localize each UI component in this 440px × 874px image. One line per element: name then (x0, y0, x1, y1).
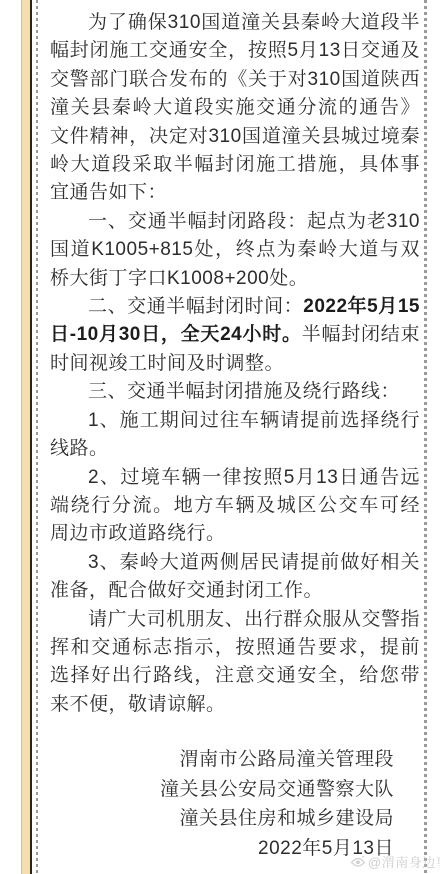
notice-paragraph: 2、过境车辆一律按照5月13日通告远端绕行分流。地方车辆及城区公交车可经周边市政… (50, 464, 420, 549)
text-run: 二、交通半幅封闭时间： (88, 296, 303, 317)
text-run: 一、交通半幅封闭路段：起点为老310国道K1005+815处，终点为秦岭大道与双… (50, 211, 420, 289)
notice-paragraph: 二、交通半幅封闭时间：2022年5月15日-10月30日，全天24小时。半幅封闭… (50, 293, 420, 378)
notice-page: 为了确保310国道潼关县秦岭大道段半幅封闭施工交通安全，按照5月13日交通及交警… (0, 0, 440, 874)
right-dashed-divider (424, 0, 427, 874)
text-run: 三、交通半幅封闭措施及绕行路线： (88, 381, 400, 402)
notice-body: 为了确保310国道潼关县秦岭大道段半幅封闭施工交通安全，按照5月13日交通及交警… (50, 9, 420, 863)
notice-paragraph: 请广大司机朋友、出行群众服从交警指挥和交通标志指示，按照通告要求，提前选择好出行… (50, 606, 420, 720)
notice-paragraphs: 为了确保310国道潼关县秦岭大道段半幅封闭施工交通安全，按照5月13日交通及交警… (50, 9, 420, 719)
text-run: 请广大司机朋友、出行群众服从交警指挥和交通标志指示，按照通告要求，提前选择好出行… (50, 609, 420, 715)
signature-line: 潼关县住房和城乡建设局 (50, 804, 394, 834)
text-run: 1、施工期间过往车辆请提前选择绕行线路。 (50, 410, 420, 459)
watermark-text: @渭南身边事 (368, 852, 440, 871)
notice-paragraph: 为了确保310国道潼关县秦岭大道段半幅封闭施工交通安全，按照5月13日交通及交警… (50, 9, 420, 208)
signature-block: 渭南市公路局潼关管理段潼关县公安局交通警察大队潼关县住房和城乡建设局2022年5… (50, 745, 420, 863)
left-accent-strip (21, 0, 32, 874)
notice-paragraph: 三、交通半幅封闭措施及绕行路线： (50, 378, 420, 406)
notice-paragraph: 一、交通半幅封闭路段：起点为老310国道K1005+815处，终点为秦岭大道与双… (50, 208, 420, 293)
weibo-eye-icon (350, 855, 366, 868)
left-dashed-divider (36, 0, 38, 874)
notice-paragraph: 3、秦岭大道两侧居民请提前做好相关准备，配合做好交通封闭工作。 (50, 549, 420, 606)
text-run: 为了确保310国道潼关县秦岭大道段半幅封闭施工交通安全，按照5月13日交通及交警… (50, 12, 420, 203)
watermark: @渭南身边事 (350, 852, 440, 871)
signature-line: 潼关县公安局交通警察大队 (50, 775, 394, 805)
text-run: 2、过境车辆一律按照5月13日通告远端绕行分流。地方车辆及城区公交车可经周边市政… (50, 467, 420, 545)
text-run: 3、秦岭大道两侧居民请提前做好相关准备，配合做好交通封闭工作。 (50, 552, 420, 601)
notice-paragraph: 1、施工期间过往车辆请提前选择绕行线路。 (50, 407, 420, 464)
signature-line: 渭南市公路局潼关管理段 (50, 745, 394, 775)
signature-line: 2022年5月13日 (50, 834, 394, 864)
